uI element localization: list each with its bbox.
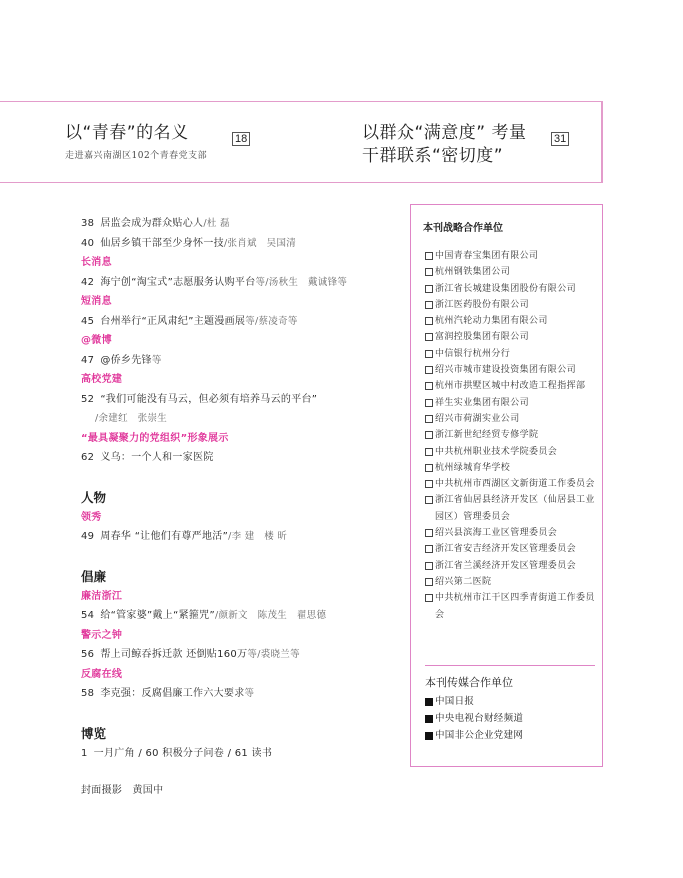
checkbox-square-icon — [425, 382, 433, 390]
toc-entry[interactable]: 42海宁创“淘宝式”志愿服务认购平台等/汤秋生 戴诚锋等 — [81, 273, 401, 293]
toc-entry[interactable]: 62义乌：一个人和一家医院 — [81, 448, 401, 468]
page-number: 45 — [81, 312, 94, 332]
checkbox-square-icon — [425, 480, 433, 488]
filled-square-icon — [425, 715, 433, 723]
partner-item: 绍兴县滨海工业区管理委员会 — [425, 525, 597, 541]
toc-category: 短消息 — [81, 292, 401, 312]
toc-category: 领秀 — [81, 508, 401, 528]
partner-name: 中共杭州市江干区四季青街道工作委员会 — [435, 590, 597, 623]
toc-entry[interactable]: 52“我们可能没有马云，但必须有培养马云的平台” — [81, 390, 401, 410]
partner-name: 中信银行杭州分行 — [435, 346, 597, 362]
entry-author: /余建红 张崇生 — [95, 413, 167, 424]
checkbox-square-icon — [425, 415, 433, 423]
partner-name: 绍兴市城市建设投资集团有限公司 — [435, 362, 597, 378]
partner-item: 浙江省长城建设集团股份有限公司 — [425, 281, 597, 297]
partner-name: 杭州绿城育华学校 — [435, 460, 597, 476]
filled-square-icon — [425, 698, 433, 706]
entry-author: /杜 磊 — [203, 218, 229, 229]
partner-item: 中信银行杭州分行 — [425, 346, 597, 362]
page-number: 49 — [81, 527, 94, 547]
toc-entry[interactable]: 56帮上司鲸吞拆迁款 还倒贴160万等/裘晓兰等 — [81, 645, 401, 665]
partner-item: 绍兴市荷湖实业公司 — [425, 411, 597, 427]
page-number: 47 — [81, 351, 94, 371]
partner-name: 杭州市拱墅区城中村改造工程指挥部 — [435, 378, 597, 394]
entry-author: 等/蔡凌奇等 — [245, 316, 298, 327]
page-number: 62 — [81, 448, 94, 468]
partner-name: 浙江省安吉经济开发区管理委员会 — [435, 541, 597, 557]
feature-article-2[interactable]: 以群众“满意度” 考量 干群联系“密切度” — [362, 122, 527, 168]
checkbox-square-icon — [425, 350, 433, 358]
partner-item: 中共杭州职业技术学院委员会 — [425, 444, 597, 460]
cover-photo-credit: 封面摄影 黄国中 — [81, 781, 401, 801]
entry-title: 给“管家婆”戴上“紧箍咒” — [100, 610, 215, 621]
toc-category: “最具凝聚力的党组织”形象展示 — [81, 429, 401, 449]
entry-author: 等 — [152, 355, 162, 366]
entry-title: 台州举行“正风肃纪”主题漫画展 — [100, 316, 245, 327]
toc-entry[interactable]: 47@侨乡先锋等 — [81, 351, 401, 371]
partner-name: 杭州汽轮动力集团有限公司 — [435, 313, 597, 329]
partner-item: 浙江省安吉经济开发区管理委员会 — [425, 541, 597, 557]
media-partner-name: 中国日报 — [435, 693, 474, 710]
checkbox-square-icon — [425, 545, 433, 553]
page-number-badge: 31 — [551, 132, 569, 146]
partner-name: 浙江省兰溪经济开发区管理委员会 — [435, 558, 597, 574]
checkbox-square-icon — [425, 268, 433, 276]
partner-name: 浙江医药股份有限公司 — [435, 297, 597, 313]
checkbox-square-icon — [425, 285, 433, 293]
entry-author: /颜新文 陈茂生 翟思德 — [215, 610, 326, 621]
partner-item: 中共杭州市西湖区文新街道工作委员会 — [425, 476, 597, 492]
checkbox-square-icon — [425, 399, 433, 407]
partner-name: 中国青春宝集团有限公司 — [435, 248, 597, 264]
feature-subtitle: 走进嘉兴南湖区102个青春党支部 — [65, 148, 207, 161]
partner-item: 绍兴市城市建设投资集团有限公司 — [425, 362, 597, 378]
toc-category: 廉洁浙江 — [81, 587, 401, 607]
partner-item: 中共杭州市江干区四季青街道工作委员会 — [425, 590, 597, 623]
checkbox-square-icon — [425, 431, 433, 439]
entry-title: “我们可能没有马云，但必须有培养马云的平台” — [100, 394, 317, 405]
partner-item: 浙江医药股份有限公司 — [425, 297, 597, 313]
page-number: 52 — [81, 390, 94, 410]
toc-entry[interactable]: 1一月广角 / 60 积极分子问卷 / 61 读书 — [81, 744, 401, 764]
partner-item: 祥生实业集团有限公司 — [425, 395, 597, 411]
entry-title: 李克强：反腐倡廉工作六大要求 — [100, 688, 244, 699]
partner-item: 杭州市拱墅区城中村改造工程指挥部 — [425, 378, 597, 394]
page-number: 42 — [81, 273, 94, 293]
partner-name: 浙江省长城建设集团股份有限公司 — [435, 281, 597, 297]
partner-item: 杭州钢铁集团公司 — [425, 264, 597, 280]
media-partner-item: 中央电视台财经频道 — [425, 710, 523, 727]
toc-entry[interactable]: 58李克强：反腐倡廉工作六大要求等 — [81, 684, 401, 704]
toc-entry[interactable]: 40仙居乡镇干部至少身怀一技/张肖斌 吴国清 — [81, 234, 401, 254]
partner-item: 浙江新世纪经贸专修学院 — [425, 427, 597, 443]
media-partners-heading: 本刊传媒合作单位 — [425, 674, 513, 690]
partner-name: 绍兴第二医院 — [435, 574, 597, 590]
media-partners-list: 中国日报中央电视台财经频道中国非公企业党建网 — [425, 693, 523, 744]
partners-panel: 本刊战略合作单位 中国青春宝集团有限公司杭州钢铁集团公司浙江省长城建设集团股份有… — [410, 204, 603, 767]
checkbox-square-icon — [425, 496, 433, 504]
partners-list: 中国青春宝集团有限公司杭州钢铁集团公司浙江省长城建设集团股份有限公司浙江医药股份… — [425, 248, 597, 623]
partner-name: 中共杭州职业技术学院委员会 — [435, 444, 597, 460]
media-partner-name: 中国非公企业党建网 — [435, 727, 523, 744]
media-partner-item: 中国非公企业党建网 — [425, 727, 523, 744]
toc-category: 长消息 — [81, 253, 401, 273]
toc-category: 警示之钟 — [81, 626, 401, 646]
feature-band: 以“青春”的名义 走进嘉兴南湖区102个青春党支部 以群众“满意度” 考量 干群… — [0, 101, 603, 183]
toc-entry[interactable]: 38居监会成为群众贴心人/杜 磊 — [81, 214, 401, 234]
checkbox-square-icon — [425, 594, 433, 602]
toc-entry[interactable]: 45台州举行“正风肃纪”主题漫画展等/蔡凌奇等 — [81, 312, 401, 332]
checkbox-square-icon — [425, 317, 433, 325]
checkbox-square-icon — [425, 448, 433, 456]
checkbox-square-icon — [425, 529, 433, 537]
entry-title: 周春华 “让他们有尊严地活” — [100, 531, 228, 542]
table-of-contents: 38居监会成为群众贴心人/杜 磊40仙居乡镇干部至少身怀一技/张肖斌 吴国清长消… — [81, 214, 401, 801]
entry-author: 等/裘晓兰等 — [247, 649, 300, 660]
toc-category: 高校党建 — [81, 370, 401, 390]
page-number: 56 — [81, 645, 94, 665]
toc-entry[interactable]: 54给“管家婆”戴上“紧箍咒”/颜新文 陈茂生 翟思德 — [81, 606, 401, 626]
toc-category: 反腐在线 — [81, 665, 401, 685]
entry-author: 等 — [245, 688, 255, 699]
checkbox-square-icon — [425, 578, 433, 586]
toc-entry[interactable]: 49周春华 “让他们有尊严地活”/李 建 楼 昕 — [81, 527, 401, 547]
partner-item: 富润控股集团有限公司 — [425, 329, 597, 345]
partner-name: 中共杭州市西湖区文新街道工作委员会 — [435, 476, 597, 492]
entry-title: 海宁创“淘宝式”志愿服务认购平台 — [100, 277, 255, 288]
page-number: 58 — [81, 684, 94, 704]
partner-name: 杭州钢铁集团公司 — [435, 264, 597, 280]
entry-title: 居监会成为群众贴心人 — [100, 218, 203, 229]
entry-title: 帮上司鲸吞拆迁款 还倒贴160万 — [100, 649, 247, 660]
toc-section-heading: 人物 — [81, 488, 401, 508]
page-number: 1 — [81, 744, 88, 764]
partner-name: 浙江新世纪经贸专修学院 — [435, 427, 597, 443]
partner-name: 富润控股集团有限公司 — [435, 329, 597, 345]
partner-name: 绍兴县滨海工业区管理委员会 — [435, 525, 597, 541]
media-partner-item: 中国日报 — [425, 693, 523, 710]
checkbox-square-icon — [425, 333, 433, 341]
feature-title-line-2: 干群联系“密切度” — [362, 145, 527, 168]
partner-item: 浙江省兰溪经济开发区管理委员会 — [425, 558, 597, 574]
media-partner-name: 中央电视台财经频道 — [435, 710, 523, 727]
partner-item: 杭州汽轮动力集团有限公司 — [425, 313, 597, 329]
feature-article-1[interactable]: 以“青春”的名义 走进嘉兴南湖区102个青春党支部 — [65, 122, 207, 161]
feature-title-line-1: 以群众“满意度” 考量 — [362, 122, 527, 145]
partner-item: 杭州绿城育华学校 — [425, 460, 597, 476]
partner-name: 祥生实业集团有限公司 — [435, 395, 597, 411]
toc-section-heading: 博览 — [81, 724, 401, 744]
entry-author: /李 建 楼 昕 — [228, 531, 287, 542]
entry-author: 等/汤秋生 戴诚锋等 — [256, 277, 348, 288]
page-number: 54 — [81, 606, 94, 626]
filled-square-icon — [425, 732, 433, 740]
toc-section-heading: 倡廉 — [81, 567, 401, 587]
checkbox-square-icon — [425, 252, 433, 260]
checkbox-square-icon — [425, 562, 433, 570]
page-number-badge: 18 — [232, 132, 250, 146]
entry-title: @侨乡先锋 — [100, 355, 152, 366]
entry-title: 仙居乡镇干部至少身怀一技 — [100, 238, 224, 249]
checkbox-square-icon — [425, 301, 433, 309]
entry-author: /张肖斌 吴国清 — [224, 238, 296, 249]
partner-item: 浙江省仙居县经济开发区（仙居县工业园区）管理委员会 — [425, 492, 597, 525]
partner-name: 绍兴市荷湖实业公司 — [435, 411, 597, 427]
partners-heading: 本刊战略合作单位 — [423, 219, 503, 234]
partner-name: 浙江省仙居县经济开发区（仙居县工业园区）管理委员会 — [435, 492, 597, 525]
partner-item: 绍兴第二医院 — [425, 574, 597, 590]
page-number: 40 — [81, 234, 94, 254]
entry-title: 义乌：一个人和一家医院 — [100, 452, 213, 463]
feature-title: 以“青春”的名义 — [65, 122, 207, 145]
toc-category: @微博 — [81, 331, 401, 351]
entry-author-line: /余建红 张崇生 — [81, 409, 401, 429]
checkbox-square-icon — [425, 366, 433, 374]
checkbox-square-icon — [425, 464, 433, 472]
page-number: 38 — [81, 214, 94, 234]
divider — [425, 665, 595, 666]
entry-title: 一月广角 / 60 积极分子问卷 / 61 读书 — [94, 748, 272, 759]
partner-item: 中国青春宝集团有限公司 — [425, 248, 597, 264]
